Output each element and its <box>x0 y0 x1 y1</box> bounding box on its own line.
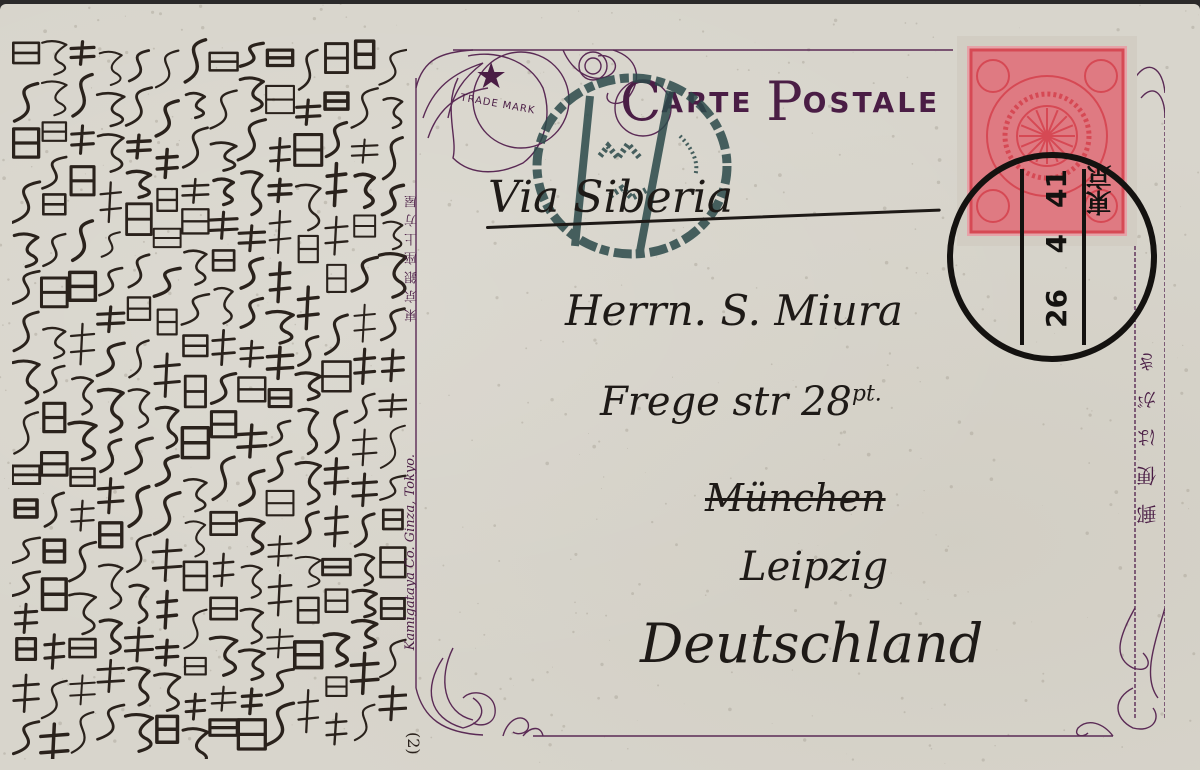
street-address: Frege str 28pt. <box>600 379 882 425</box>
handwritten-message-strokes <box>12 24 407 759</box>
printer-credit-japanese: 東京銀座上方屋 <box>403 189 422 322</box>
heading-initial-p: P <box>766 70 802 133</box>
postcard: ★ TRADE MARK CARTE POSTALE 東京銀座上方屋 Kamig… <box>0 4 1200 770</box>
postmark-year: 41 <box>1040 169 1073 208</box>
routing-instruction: Via Siberia <box>488 172 733 223</box>
printer-credit-english: Kamigataya Co. Ginza, Tokyo. <box>403 454 418 650</box>
destination-country: Deutschland <box>640 612 983 675</box>
postmark-month: 4 <box>1040 234 1073 253</box>
street-suffix: pt. <box>852 382 882 407</box>
postmark-city: 東京 <box>1082 164 1119 216</box>
street-line: Frege str 28 <box>600 379 852 425</box>
page-mark: (2) <box>404 732 423 755</box>
crossed-out-city: München <box>705 476 886 520</box>
recipient-name: Herrn. S. Miura <box>565 286 903 335</box>
handwritten-message <box>12 24 407 759</box>
blue-postmark <box>520 66 740 271</box>
destination-city: Leipzig <box>740 544 888 590</box>
heading-text-ostale: OSTALE <box>803 86 941 119</box>
star-icon: ★ <box>475 59 507 95</box>
postmark-day: 26 <box>1040 289 1073 328</box>
